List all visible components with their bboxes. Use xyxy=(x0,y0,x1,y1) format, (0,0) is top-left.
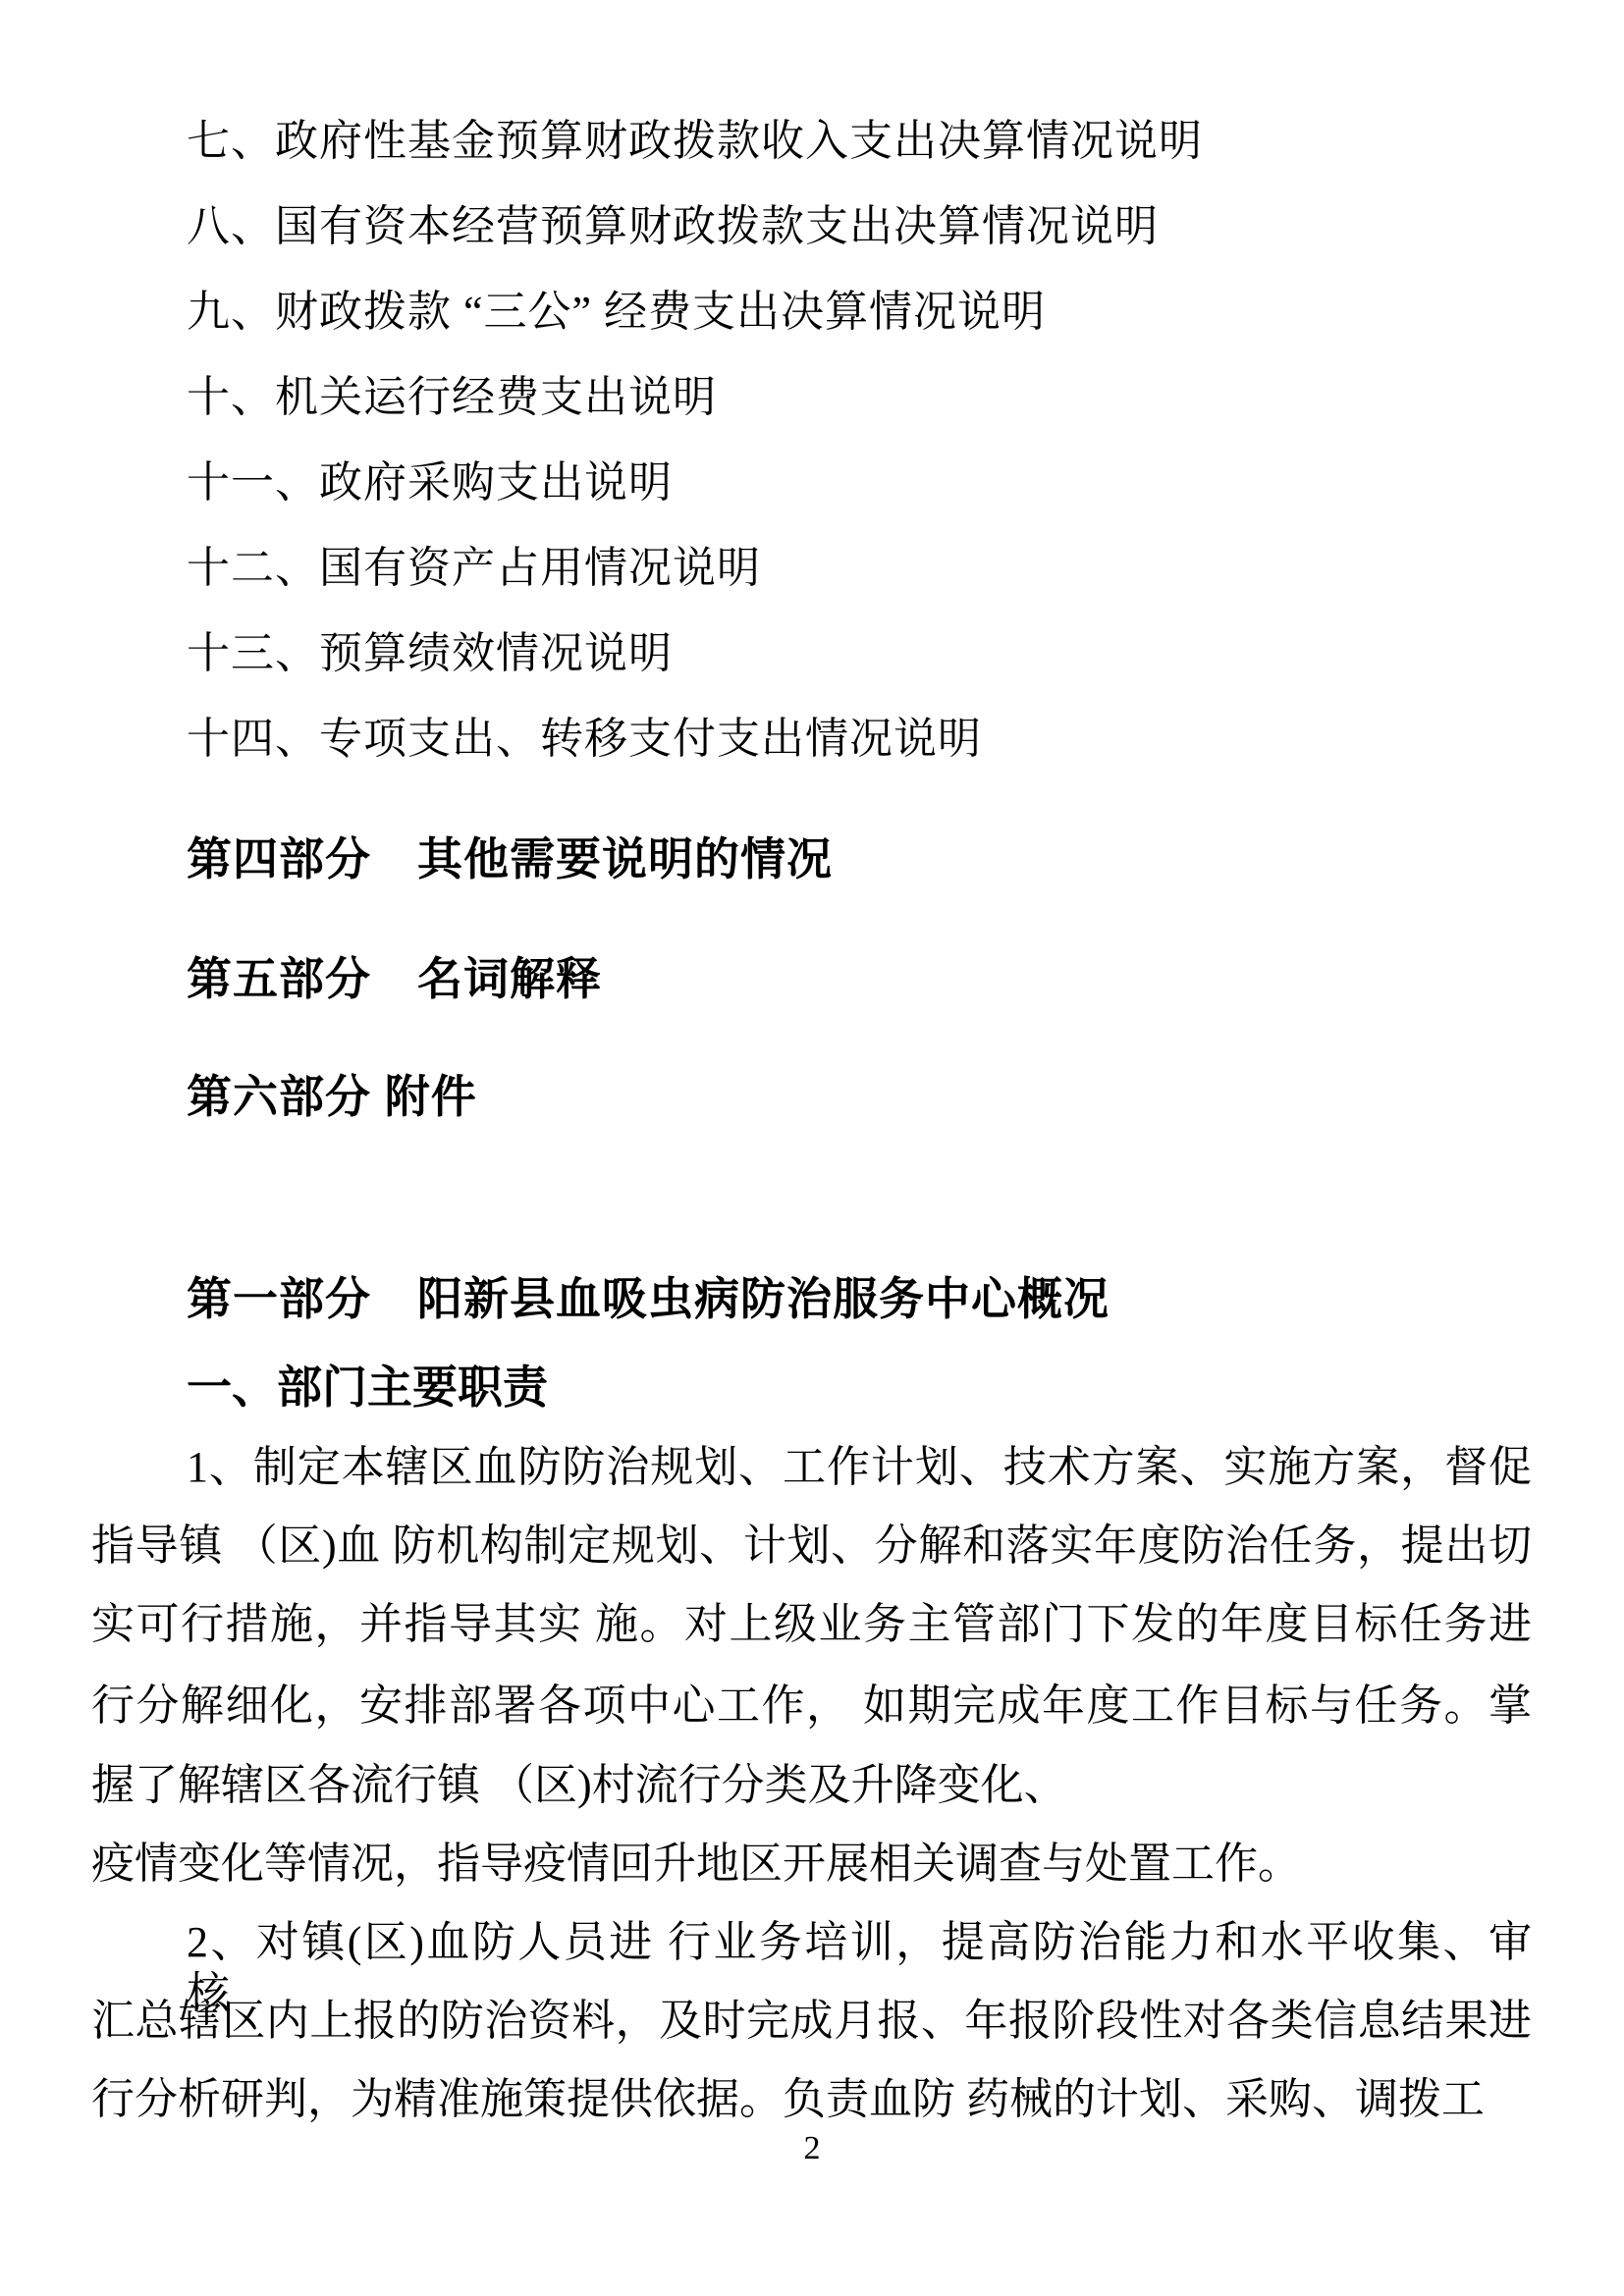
heading-duties: 一、部门主要职责 xyxy=(187,1361,1532,1414)
body-line-3: 实可行措施，并指导其实 施。对上级业务主管部门下发的年度目标任务进 xyxy=(91,1599,1532,1650)
heading-part-6: 第六部分 附件 xyxy=(187,1070,1532,1123)
heading-part-4: 第四部分 其他需要说明的情况 xyxy=(187,832,1532,885)
body-line-8: 汇总辖区内上报的防治资料，及时完成月报、年报阶段性对各类信息结果进 xyxy=(91,1996,1532,2047)
body-line-1: 1、制定本辖区血防防治规划、工作计划、技术方案、实施方案，督促 xyxy=(91,1442,1532,1493)
toc-item-13: 十三、预算绩效情况说明 xyxy=(187,628,1532,679)
toc-item-9: 九、财政拨款 “三公” 经费支出决算情况说明 xyxy=(187,287,1532,338)
toc-item-11: 十一、政府采购支出说明 xyxy=(187,457,1532,508)
page-number: 2 xyxy=(0,2130,1624,2167)
body-line-9: 行分析研判，为精准施策提供依据。负责血防 药械的计划、采购、调拨工 xyxy=(91,2074,1532,2125)
body-line-2: 指导镇 （区)血 防机构制定规划、计划、分解和落实年度防治任务，提出切 xyxy=(91,1521,1532,1572)
toc-item-7: 七、政府性基金预算财政拨款收入支出决算情况说明 xyxy=(187,116,1532,167)
body-line-6: 疫情变化等情况，指导疫情回升地区开展相关调查与处置工作。 xyxy=(91,1839,1532,1890)
toc-item-14: 十四、专项支出、转移支付支出情况说明 xyxy=(187,714,1532,765)
heading-part-5: 第五部分 名词解释 xyxy=(187,952,1532,1005)
toc-item-10: 十、机关运行经费支出说明 xyxy=(187,372,1532,423)
toc-item-8: 八、国有资本经营预算财政拨款支出决算情况说明 xyxy=(187,201,1532,252)
body-line-4: 行分解细化，安排部署各项中心工作， 如期完成年度工作目标与任务。掌 xyxy=(91,1681,1532,1732)
heading-part-1: 第一部分 阳新县血吸虫病防治服务中心概况 xyxy=(187,1272,1532,1325)
document-page: 七、政府性基金预算财政拨款收入支出决算情况说明 八、国有资本经营预算财政拨款支出… xyxy=(0,0,1624,2296)
toc-item-12: 十二、国有资产占用情况说明 xyxy=(187,543,1532,594)
body-line-5: 握了解辖区各流行镇 （区)村流行分类及升降变化、 xyxy=(91,1760,1532,1811)
